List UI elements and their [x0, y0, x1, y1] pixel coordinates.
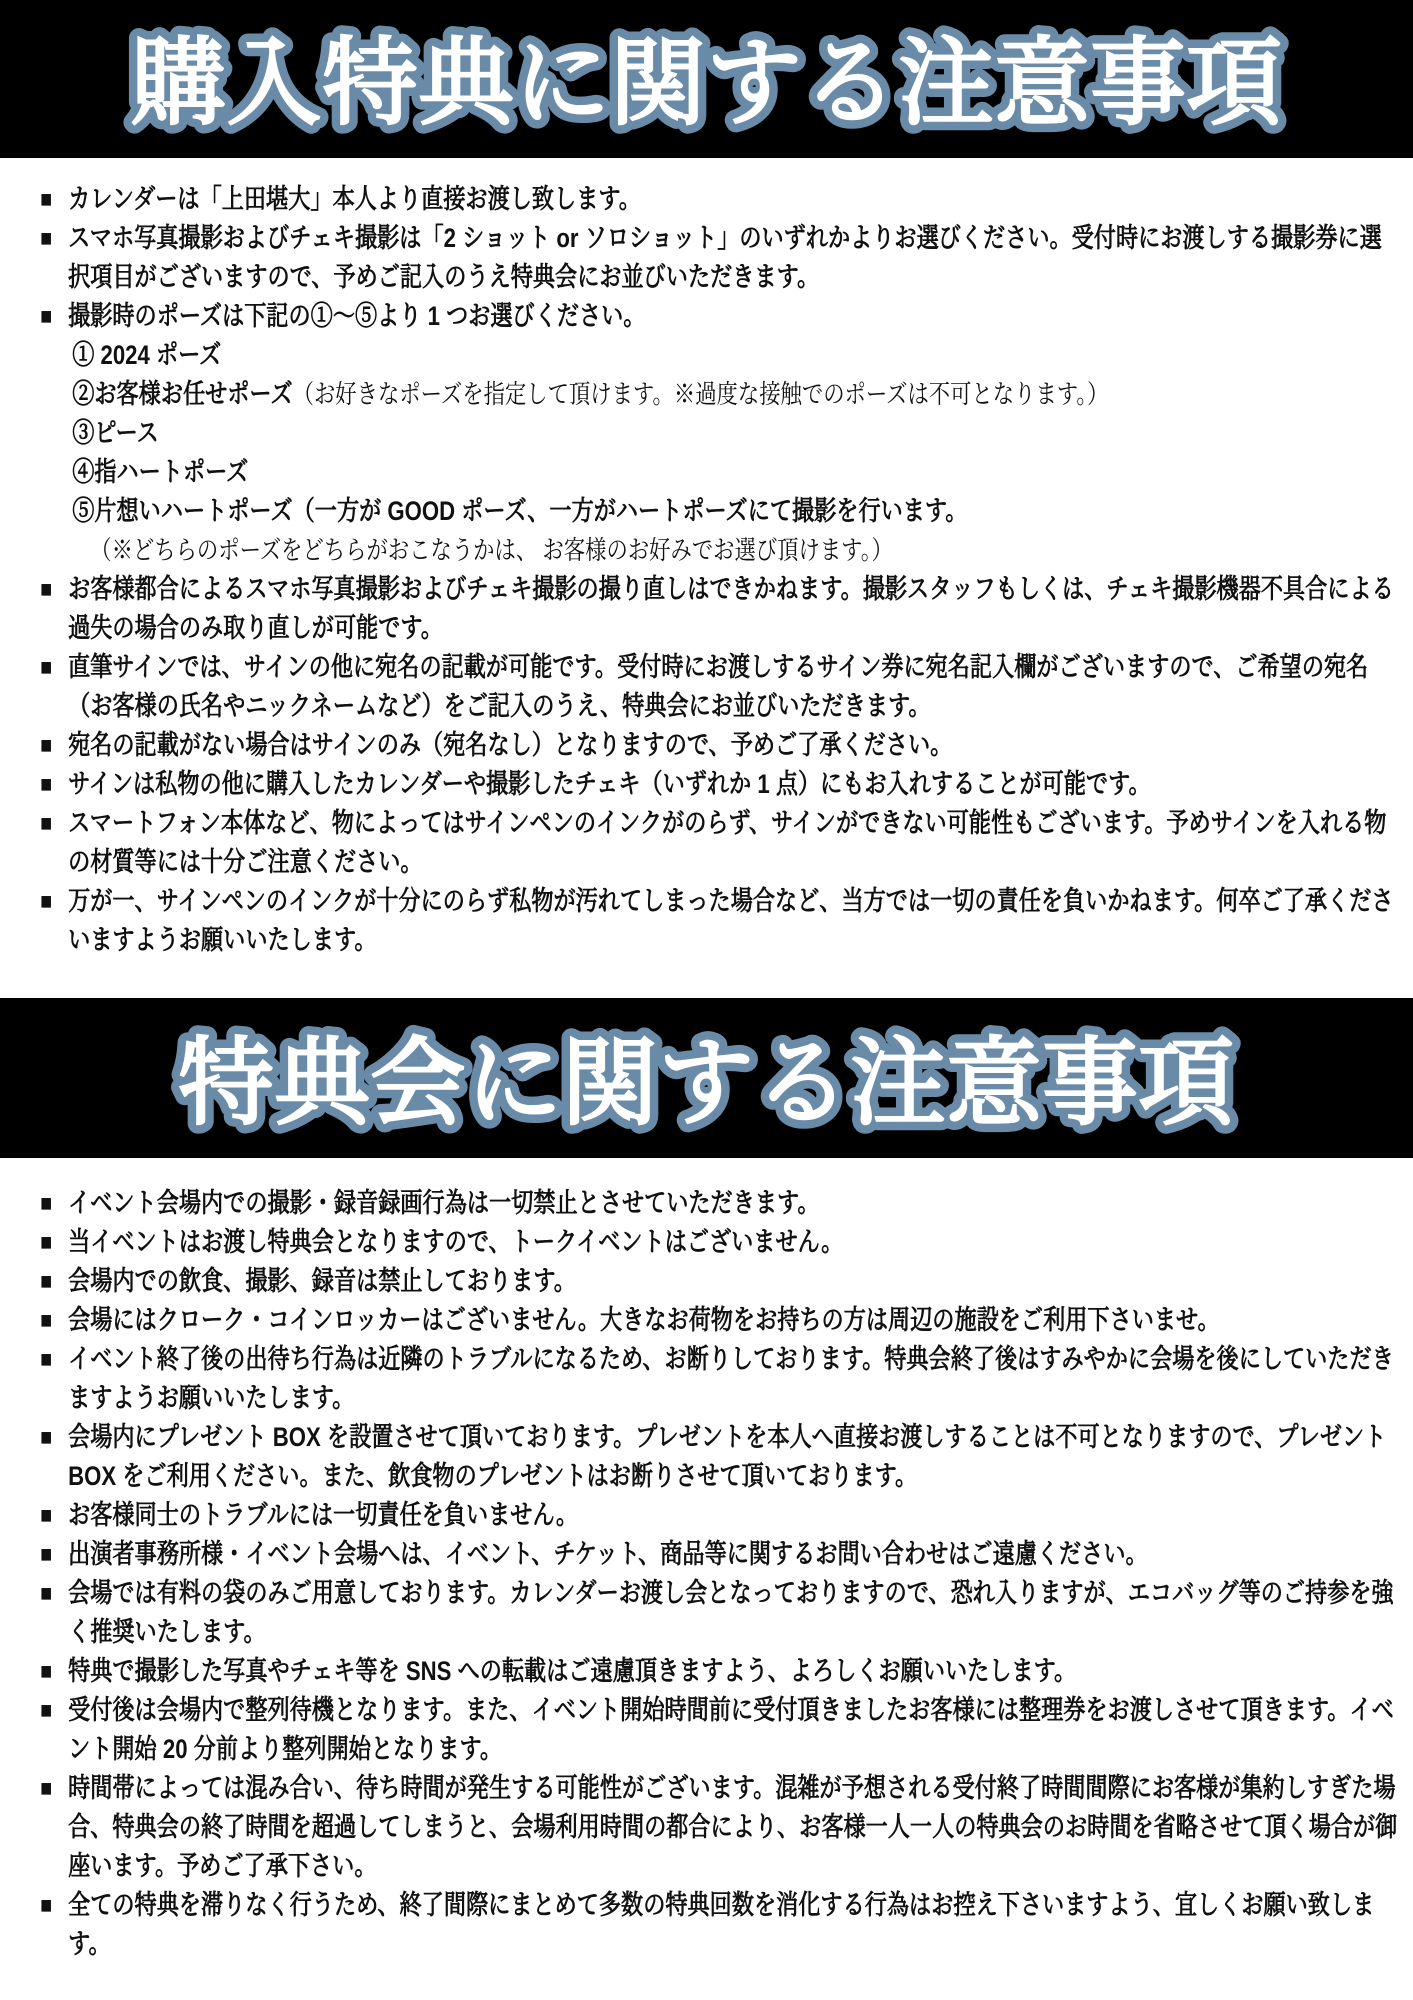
- bullet-marker: ■: [40, 1886, 52, 1925]
- list-item: ■ 全ての特典を滞りなく行うため、終了間際にまとめて多数の特典回数を消化する行為…: [0, 1886, 1401, 1964]
- list-item: ■ サインは私物の他に購入したカレンダーや撮影したチェキ（いずれか 1 点）にも…: [0, 765, 1401, 804]
- list-item: ■ カレンダーは「上田堪大」本人より直接お渡し致します。: [0, 180, 1401, 219]
- bonus-event-notice-list: ■ イベント会場内での撮影・録音録画行為は一切禁止とさせていただきます。 ■ 当…: [0, 1184, 1413, 1964]
- item-text: 会場にはクローク・コインロッカーはございません。大きなお荷物をお持ちの方は周辺の…: [68, 1305, 1220, 1335]
- item-text-segment: ②お客様お任せポーズ: [72, 379, 292, 409]
- item-text: 出演者事務所様・イベント会場へは、イベント、チケット、商品等に関するお問い合わせ…: [68, 1539, 1148, 1569]
- bullet-marker: ■: [40, 1691, 52, 1730]
- list-item: ■ お客様都合によるスマホ写真撮影およびチェキ撮影の撮り直しはできかねます。撮影…: [0, 570, 1401, 648]
- item-text: 撮影時のポーズは下記の①〜⑤より 1 つお選びください。: [68, 301, 645, 331]
- item-text-segment: 会場にはクローク・コインロッカーはございません。大きなお荷物をお持ちの方は周辺の…: [68, 1305, 1220, 1335]
- list-item: ■ 会場にはクローク・コインロッカーはございません。大きなお荷物をお持ちの方は周…: [0, 1301, 1401, 1340]
- item-text: ④指ハートポーズ: [72, 457, 248, 487]
- list-item: ■ スマートフォン本体など、物によってはサインペンのインクがのらず、サインができ…: [0, 804, 1401, 882]
- item-text-segment: お客様同士のトラブルには一切責任を負いません。: [68, 1500, 578, 1530]
- item-text-segment: 受付後は会場内で整列待機となります。また、イベント開始時間前に受付頂きましたお客…: [68, 1695, 1394, 1764]
- bullet-marker: ■: [40, 297, 52, 336]
- item-text: 万が一、サインペンのインクが十分にのらず私物が汚れてしまった場合など、当方では一…: [68, 886, 1393, 955]
- item-text-segment: 時間帯によっては混み合い、待ち時間が発生する可能性がございます。混雑が予想される…: [68, 1773, 1397, 1881]
- item-text: 全ての特典を滞りなく行うため、終了間際にまとめて多数の特典回数を消化する行為はお…: [68, 1890, 1374, 1959]
- list-item: ■ 当イベントはお渡し特典会となりますので、トークイベントはございません。: [0, 1223, 1401, 1262]
- bullet-marker: ■: [40, 726, 52, 765]
- item-text-segment: ③ピース: [72, 418, 159, 448]
- banner-title-graphic: 購入特典に関する注意事項: [0, 0, 1413, 158]
- item-text-segment: スマートフォン本体など、物によってはサインペンのインクがのらず、サインができない…: [68, 808, 1386, 877]
- item-text: お客様都合によるスマホ写真撮影およびチェキ撮影の撮り直しはできかねます。撮影スタ…: [68, 574, 1394, 643]
- item-text: 当イベントはお渡し特典会となりますので、トークイベントはございません。: [68, 1227, 843, 1257]
- item-text: 会場では有料の袋のみご用意しております。カレンダーお渡し会となっておりますので、…: [68, 1578, 1394, 1647]
- item-text-segment: スマホ写真撮影およびチェキ撮影は「2 ショット or ソロショット」のいずれかよ…: [68, 223, 1382, 292]
- bullet-marker: ■: [40, 1535, 52, 1574]
- list-item: ■ 出演者事務所様・イベント会場へは、イベント、チケット、商品等に関するお問い合…: [0, 1535, 1401, 1574]
- item-text-segment: 宛名の記載がない場合はサインのみ（宛名なし）となりますので、予めご了承ください。: [68, 730, 952, 760]
- list-item: ■ 万が一、サインペンのインクが十分にのらず私物が汚れてしまった場合など、当方で…: [0, 882, 1401, 960]
- list-item: ■ スマホ写真撮影およびチェキ撮影は「2 ショット or ソロショット」のいずれ…: [0, 219, 1401, 297]
- list-item: ■ お客様同士のトラブルには一切責任を負いません。: [0, 1496, 1401, 1535]
- item-text: 特典で撮影した写真やチェキ等を SNS への転載はご遠慮頂きますよう、よろしくお…: [68, 1656, 1076, 1686]
- list-item: ■ イベント終了後の出待ち行為は近隣のトラブルになるため、お断りしております。特…: [0, 1340, 1401, 1418]
- list-item: ②お客様お任せポーズ（お好きなポーズを指定して頂けます。※過度な接触でのポーズは…: [0, 375, 1401, 414]
- bullet-marker: ■: [40, 1262, 52, 1301]
- item-text-segment: ⑤片想いハートポーズ（一方が GOOD ポーズ、一方がハートポーズにて撮影を行い…: [72, 496, 967, 526]
- list-item: ■ 宛名の記載がない場合はサインのみ（宛名なし）となりますので、予めご了承くださ…: [0, 726, 1401, 765]
- bullet-marker: ■: [40, 1184, 52, 1223]
- item-text-segment: イベント会場内での撮影・録音録画行為は一切禁止とさせていただきます。: [68, 1188, 819, 1218]
- item-text-segment: 会場内での飲食、撮影、録音は禁止しております。: [68, 1266, 576, 1296]
- purchase-bonus-banner: 購入特典に関する注意事項: [0, 0, 1413, 158]
- item-text: ① 2024 ポーズ: [72, 340, 221, 370]
- item-text: 会場内での飲食、撮影、録音は禁止しております。: [68, 1266, 576, 1296]
- item-text: ③ピース: [72, 418, 159, 448]
- list-item: ⑤片想いハートポーズ（一方が GOOD ポーズ、一方がハートポーズにて撮影を行い…: [0, 492, 1401, 531]
- list-item: ④指ハートポーズ: [0, 453, 1401, 492]
- list-item: （※どちらのポーズをどちらがおこなうかは、 お客様のお好みでお選び頂けます。）: [0, 531, 1401, 570]
- item-text-segment: 直筆サインでは、サインの他に宛名の記載が可能です。受付時にお渡しするサイン券に宛…: [68, 652, 1368, 721]
- item-text-segment: サインは私物の他に購入したカレンダーや撮影したチェキ（いずれか 1 点）にもお入…: [68, 769, 1151, 799]
- item-text-segment: 会場では有料の袋のみご用意しております。カレンダーお渡し会となっておりますので、…: [68, 1578, 1394, 1647]
- bullet-marker: ■: [40, 1574, 52, 1613]
- item-text-segment: 会場内にプレゼント BOX を設置させて頂いております。プレゼントを本人へ直接お…: [68, 1422, 1386, 1491]
- item-text: 直筆サインでは、サインの他に宛名の記載が可能です。受付時にお渡しするサイン券に宛…: [68, 652, 1368, 721]
- list-item: ■ 特典で撮影した写真やチェキ等を SNS への転載はご遠慮頂きますよう、よろし…: [0, 1652, 1401, 1691]
- list-item: ③ピース: [0, 414, 1401, 453]
- item-text-segment: カレンダーは「上田堪大」本人より直接お渡し致します。: [68, 184, 641, 214]
- item-text-segment: お客様都合によるスマホ写真撮影およびチェキ撮影の撮り直しはできかねます。撮影スタ…: [68, 574, 1394, 643]
- bullet-marker: ■: [40, 180, 52, 219]
- list-item: ■ イベント会場内での撮影・録音録画行為は一切禁止とさせていただきます。: [0, 1184, 1401, 1223]
- bullet-marker: ■: [40, 1301, 52, 1340]
- item-text-segment: ④指ハートポーズ: [72, 457, 248, 487]
- item-text: ②お客様お任せポーズ（お好きなポーズを指定して頂けます。※過度な接触でのポーズは…: [72, 379, 1108, 409]
- bullet-marker: ■: [40, 648, 52, 687]
- list-item: ■ 撮影時のポーズは下記の①〜⑤より 1 つお選びください。: [0, 297, 1401, 336]
- bullet-marker: ■: [40, 1496, 52, 1535]
- list-item: ■ 直筆サインでは、サインの他に宛名の記載が可能です。受付時にお渡しするサイン券…: [0, 648, 1401, 726]
- banner-title-graphic: 特典会に関する注意事項: [0, 998, 1413, 1158]
- item-text: スマートフォン本体など、物によってはサインペンのインクがのらず、サインができない…: [68, 808, 1386, 877]
- list-item: ■ 会場内にプレゼント BOX を設置させて頂いております。プレゼントを本人へ直…: [0, 1418, 1401, 1496]
- section-title-event: 特典会に関する注意事項: [178, 1030, 1234, 1137]
- list-item: ■ 会場では有料の袋のみご用意しております。カレンダーお渡し会となっておりますの…: [0, 1574, 1401, 1652]
- bullet-marker: ■: [40, 570, 52, 609]
- item-text: （※どちらのポーズをどちらがおこなうかは、 お客様のお好みでお選び頂けます。）: [90, 535, 893, 565]
- item-text: イベント終了後の出待ち行為は近隣のトラブルになるため、お断りしております。特典会…: [68, 1344, 1394, 1413]
- list-item: ■ 会場内での飲食、撮影、録音は禁止しております。: [0, 1262, 1401, 1301]
- item-text: 受付後は会場内で整列待機となります。また、イベント開始時間前に受付頂きましたお客…: [68, 1695, 1394, 1764]
- item-text-segment: 特典で撮影した写真やチェキ等を SNS への転載はご遠慮頂きますよう、よろしくお…: [68, 1656, 1076, 1686]
- item-text: 会場内にプレゼント BOX を設置させて頂いております。プレゼントを本人へ直接お…: [68, 1422, 1386, 1491]
- bullet-marker: ■: [40, 1769, 52, 1808]
- bonus-event-banner: 特典会に関する注意事項: [0, 998, 1413, 1158]
- item-text: イベント会場内での撮影・録音録画行為は一切禁止とさせていただきます。: [68, 1188, 819, 1218]
- item-text: 宛名の記載がない場合はサインのみ（宛名なし）となりますので、予めご了承ください。: [68, 730, 952, 760]
- item-text: お客様同士のトラブルには一切責任を負いません。: [68, 1500, 578, 1530]
- item-text: ⑤片想いハートポーズ（一方が GOOD ポーズ、一方がハートポーズにて撮影を行い…: [72, 496, 967, 526]
- notice-flyer: { "theme": { "banner_bg": "#000000", "ti…: [0, 0, 1413, 2000]
- bullet-marker: ■: [40, 882, 52, 921]
- list-item: ■ 受付後は会場内で整列待機となります。また、イベント開始時間前に受付頂きました…: [0, 1691, 1401, 1769]
- item-text-note: （※どちらのポーズをどちらがおこなうかは、 お客様のお好みでお選び頂けます。）: [90, 536, 893, 565]
- section-title-purchase: 購入特典に関する注意事項: [130, 30, 1282, 137]
- item-text: サインは私物の他に購入したカレンダーや撮影したチェキ（いずれか 1 点）にもお入…: [68, 769, 1151, 799]
- item-text-note: （お好きなポーズを指定して頂けます。※過度な接触でのポーズは不可となります。）: [293, 380, 1109, 409]
- item-text-segment: 全ての特典を滞りなく行うため、終了間際にまとめて多数の特典回数を消化する行為はお…: [68, 1890, 1374, 1959]
- item-text-segment: イベント終了後の出待ち行為は近隣のトラブルになるため、お断りしております。特典会…: [68, 1344, 1394, 1413]
- bullet-marker: ■: [40, 1652, 52, 1691]
- bullet-marker: ■: [40, 1223, 52, 1262]
- list-item: ① 2024 ポーズ: [0, 336, 1401, 375]
- item-text-segment: ① 2024 ポーズ: [72, 340, 221, 370]
- item-text-segment: 撮影時のポーズは下記の①〜⑤より 1 つお選びください。: [68, 301, 645, 331]
- bullet-marker: ■: [40, 804, 52, 843]
- list-item: ■ 時間帯によっては混み合い、待ち時間が発生する可能性がございます。混雑が予想さ…: [0, 1769, 1401, 1886]
- bullet-marker: ■: [40, 1418, 52, 1457]
- item-text-segment: 出演者事務所様・イベント会場へは、イベント、チケット、商品等に関するお問い合わせ…: [68, 1539, 1148, 1569]
- item-text-segment: 当イベントはお渡し特典会となりますので、トークイベントはございません。: [68, 1227, 843, 1257]
- purchase-bonus-notice-list: ■ カレンダーは「上田堪大」本人より直接お渡し致します。 ■ スマホ写真撮影およ…: [0, 180, 1413, 960]
- bullet-marker: ■: [40, 1340, 52, 1379]
- item-text-segment: 万が一、サインペンのインクが十分にのらず私物が汚れてしまった場合など、当方では一…: [68, 886, 1393, 955]
- item-text: スマホ写真撮影およびチェキ撮影は「2 ショット or ソロショット」のいずれかよ…: [68, 223, 1382, 292]
- item-text: カレンダーは「上田堪大」本人より直接お渡し致します。: [68, 184, 641, 214]
- item-text: 時間帯によっては混み合い、待ち時間が発生する可能性がございます。混雑が予想される…: [68, 1773, 1397, 1881]
- bullet-marker: ■: [40, 219, 52, 258]
- bullet-marker: ■: [40, 765, 52, 804]
